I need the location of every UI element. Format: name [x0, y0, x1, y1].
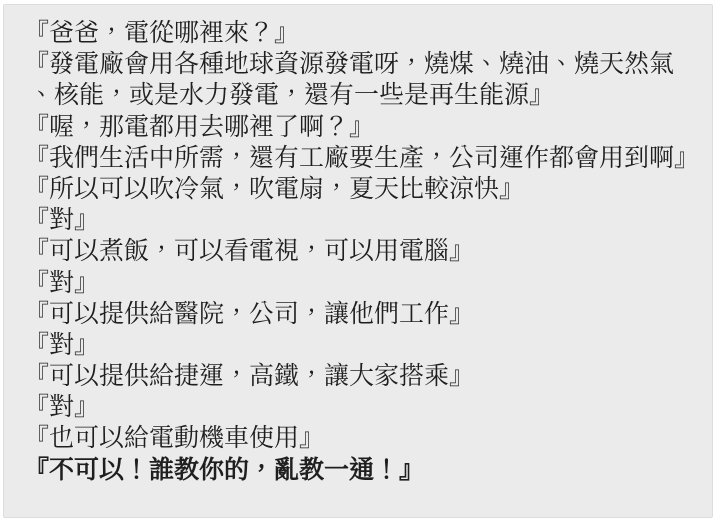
dialogue-line-6: 『對』	[24, 205, 696, 236]
dialogue-line-13: 『也可以給電動機車使用』	[24, 423, 696, 454]
dialogue-line-5: 『所以可以吹冷氣，吹電扇，夏天比較涼快』	[24, 174, 696, 205]
dialogue-line-7: 『可以煮飯，可以看電視，可以用電腦』	[24, 236, 696, 267]
dialogue-panel: 『爸爸，電從哪裡來？』 『發電廠會用各種地球資源發電呀，燒煤、燒油、燒天然氣 、…	[3, 4, 713, 518]
dialogue-line-2-continued: 、核能，或是水力發電，還有一些是再生能源』	[24, 80, 696, 111]
dialogue-line-9: 『可以提供給醫院，公司，讓他們工作』	[24, 299, 696, 330]
dialogue-line-11: 『可以提供給捷運，高鐵，讓大家搭乘』	[24, 361, 696, 392]
dialogue-line-10: 『對』	[24, 330, 696, 361]
dialogue-line-8: 『對』	[24, 268, 696, 299]
dialogue-line-12: 『對』	[24, 392, 696, 423]
dialogue-text: 『爸爸，電從哪裡來？』 『發電廠會用各種地球資源發電呀，燒煤、燒油、燒天然氣 、…	[4, 5, 712, 486]
dialogue-line-3: 『喔，那電都用去哪裡了啊？』	[24, 112, 696, 143]
dialogue-line-14-punchline: 『不可以！誰教你的，亂教一通！』	[24, 455, 696, 486]
dialogue-line-2: 『發電廠會用各種地球資源發電呀，燒煤、燒油、燒天然氣	[24, 49, 696, 80]
dialogue-line-4: 『我們生活中所需，還有工廠要生產，公司運作都會用到啊』	[24, 143, 696, 174]
dialogue-line-1: 『爸爸，電從哪裡來？』	[24, 18, 696, 49]
